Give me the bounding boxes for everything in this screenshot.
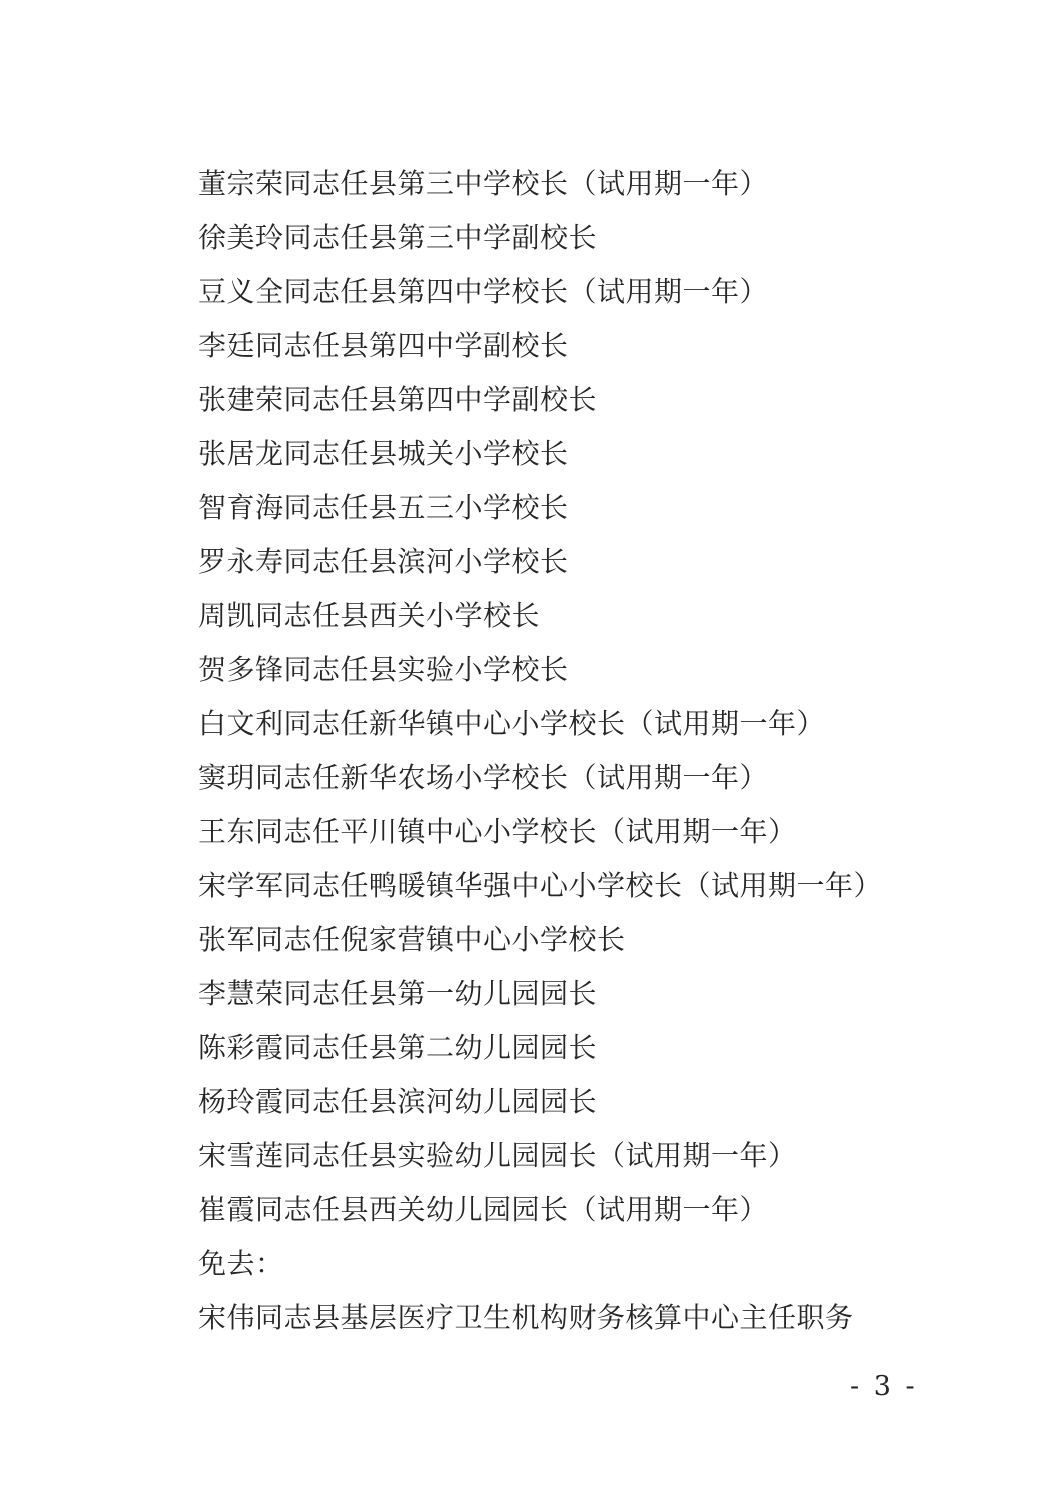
appointment-line: 豆义全同志任县第四中学校长（试用期一年） <box>198 265 1035 319</box>
document-body: 董宗荣同志任县第三中学校长（试用期一年） 徐美玲同志任县第三中学副校长 豆义全同… <box>198 157 1035 1345</box>
appointment-line: 贺多锋同志任县实验小学校长 <box>198 643 1035 697</box>
appointment-line: 罗永寿同志任县滨河小学校长 <box>198 535 1035 589</box>
appointment-line: 杨玲霞同志任县滨河幼儿园园长 <box>198 1075 1035 1129</box>
appointment-line: 白文利同志任新华镇中心小学校长（试用期一年） <box>198 697 1035 751</box>
appointment-line: 董宗荣同志任县第三中学校长（试用期一年） <box>198 157 1035 211</box>
appointment-line: 陈彩霞同志任县第二幼儿园园长 <box>198 1021 1035 1075</box>
appointment-line: 智育海同志任县五三小学校长 <box>198 481 1035 535</box>
document-page: 董宗荣同志任县第三中学校长（试用期一年） 徐美玲同志任县第三中学副校长 豆义全同… <box>0 0 1055 1493</box>
appointment-line: 张军同志任倪家营镇中心小学校长 <box>198 913 1035 967</box>
appointment-line: 李廷同志任县第四中学副校长 <box>198 319 1035 373</box>
appointment-line: 崔霞同志任县西关幼儿园园长（试用期一年） <box>198 1183 1035 1237</box>
appointment-line: 徐美玲同志任县第三中学副校长 <box>198 211 1035 265</box>
appointment-line: 宋学军同志任鸭暖镇华强中心小学校长（试用期一年） <box>198 859 1035 913</box>
section-heading-removals: 免去： <box>198 1237 1035 1291</box>
appointment-line: 张居龙同志任县城关小学校长 <box>198 427 1035 481</box>
appointment-line: 王东同志任平川镇中心小学校长（试用期一年） <box>198 805 1035 859</box>
removal-line: 宋伟同志县基层医疗卫生机构财务核算中心主任职务 <box>198 1291 1035 1345</box>
appointment-line: 李慧荣同志任县第一幼儿园园长 <box>198 967 1035 1021</box>
appointment-line: 窦玥同志任新华农场小学校长（试用期一年） <box>198 751 1035 805</box>
appointment-line: 周凯同志任县西关小学校长 <box>198 589 1035 643</box>
appointment-line: 张建荣同志任县第四中学副校长 <box>198 373 1035 427</box>
appointment-line: 宋雪莲同志任县实验幼儿园园长（试用期一年） <box>198 1129 1035 1183</box>
page-number: - 3 - <box>850 1371 918 1402</box>
